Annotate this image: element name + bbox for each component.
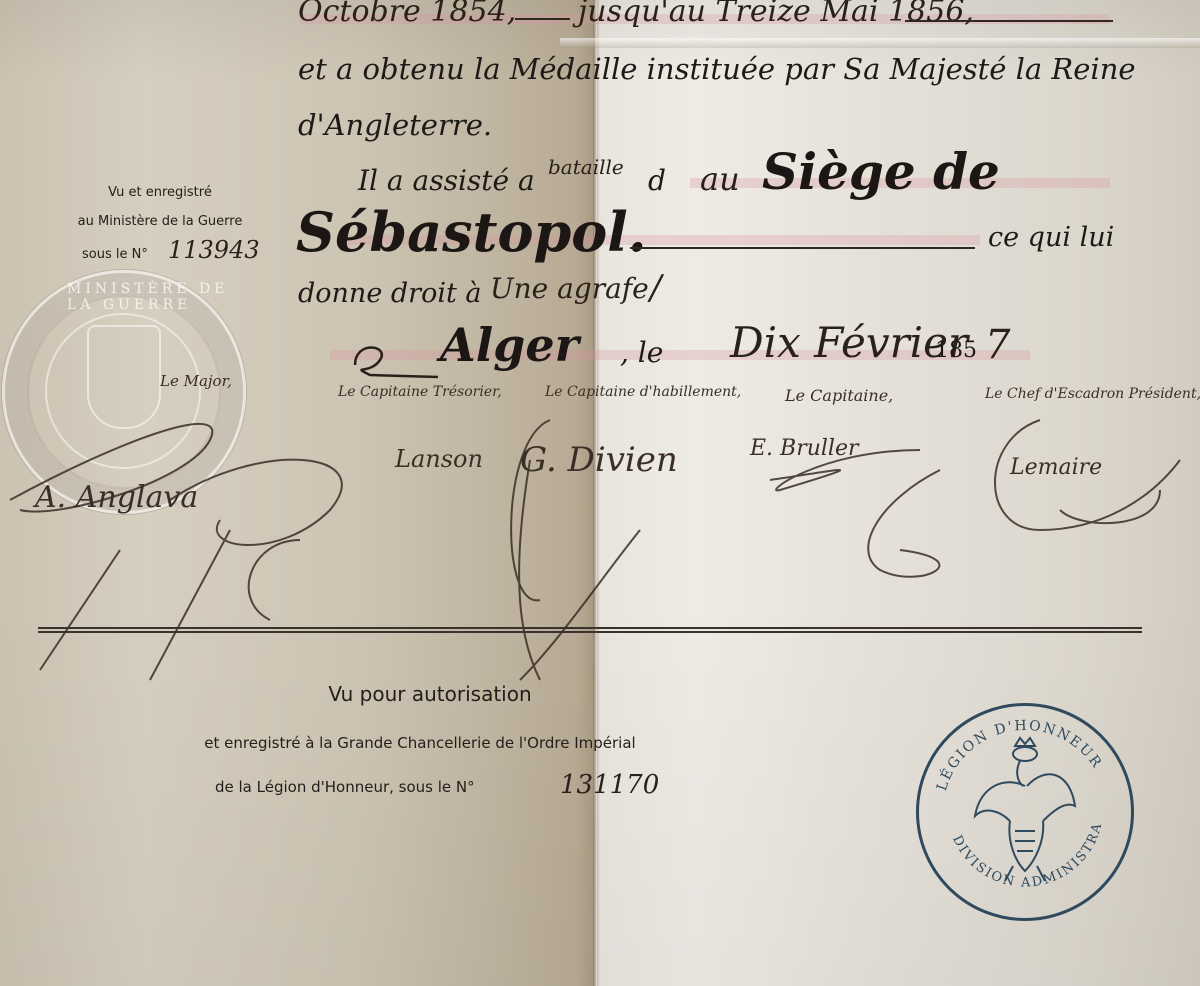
legion-honneur-stamp: LÉGION D'HONNEUR DIVISION ADMINISTRATIVE: [916, 703, 1134, 921]
flourish-stroke: [350, 335, 440, 385]
assisted-label: Il a assisté a: [358, 164, 535, 197]
bataille-word: bataille: [548, 155, 624, 179]
authorization-title: Vu pour autorisation: [220, 682, 640, 706]
au-word: au: [700, 160, 740, 198]
signature-flourishes: [0, 380, 1200, 690]
registration-line3: sous le N°: [82, 247, 148, 262]
service-end-date: jusqu'au Treize Mai 1856,: [578, 0, 974, 29]
medal-statement: et a obtenu la Médaille instituée par Sa…: [298, 52, 1136, 86]
year-handwritten: 7: [985, 322, 1010, 368]
line-flourish: /: [650, 268, 661, 308]
authorization-line3: de la Légion d'Honneur, sous le N°: [215, 778, 475, 796]
registration-line1: Vu et enregistré: [60, 185, 260, 200]
legion-registration-number: 131170: [560, 770, 659, 800]
year-printed: 185: [935, 338, 977, 363]
agrafe-entitlement: Une agrafe: [490, 272, 649, 305]
sebastopol: Sébastopol.: [296, 200, 647, 264]
section-divider: [38, 627, 1142, 633]
top-folded-edge: [560, 38, 1200, 48]
authorization-line2: et enregistré à la Grande Chancellerie d…: [120, 734, 720, 752]
seal-text: MINISTÈRE DE LA GUERRE: [67, 281, 243, 313]
fill-line: [905, 20, 1113, 22]
donne-droit: donne droit à: [298, 278, 482, 309]
fill-line: [515, 18, 570, 20]
place-date-le: , le: [620, 336, 663, 369]
service-start-date: Octobre 1854,: [298, 0, 516, 29]
place-alger: Alger: [440, 318, 579, 372]
siege-de: Siège de: [762, 142, 1000, 201]
registration-line2: au Ministère de la Guerre: [60, 214, 260, 229]
imperial-eagle-icon: [965, 736, 1085, 886]
fill-line: [630, 247, 975, 249]
medal-statement-cont: d'Angleterre.: [298, 108, 492, 142]
article-d: d: [648, 164, 666, 197]
date-day-month: Dix Février: [730, 318, 968, 367]
ce-qui-lui: ce qui lui: [988, 222, 1114, 253]
registration-number: 113943: [168, 236, 260, 264]
